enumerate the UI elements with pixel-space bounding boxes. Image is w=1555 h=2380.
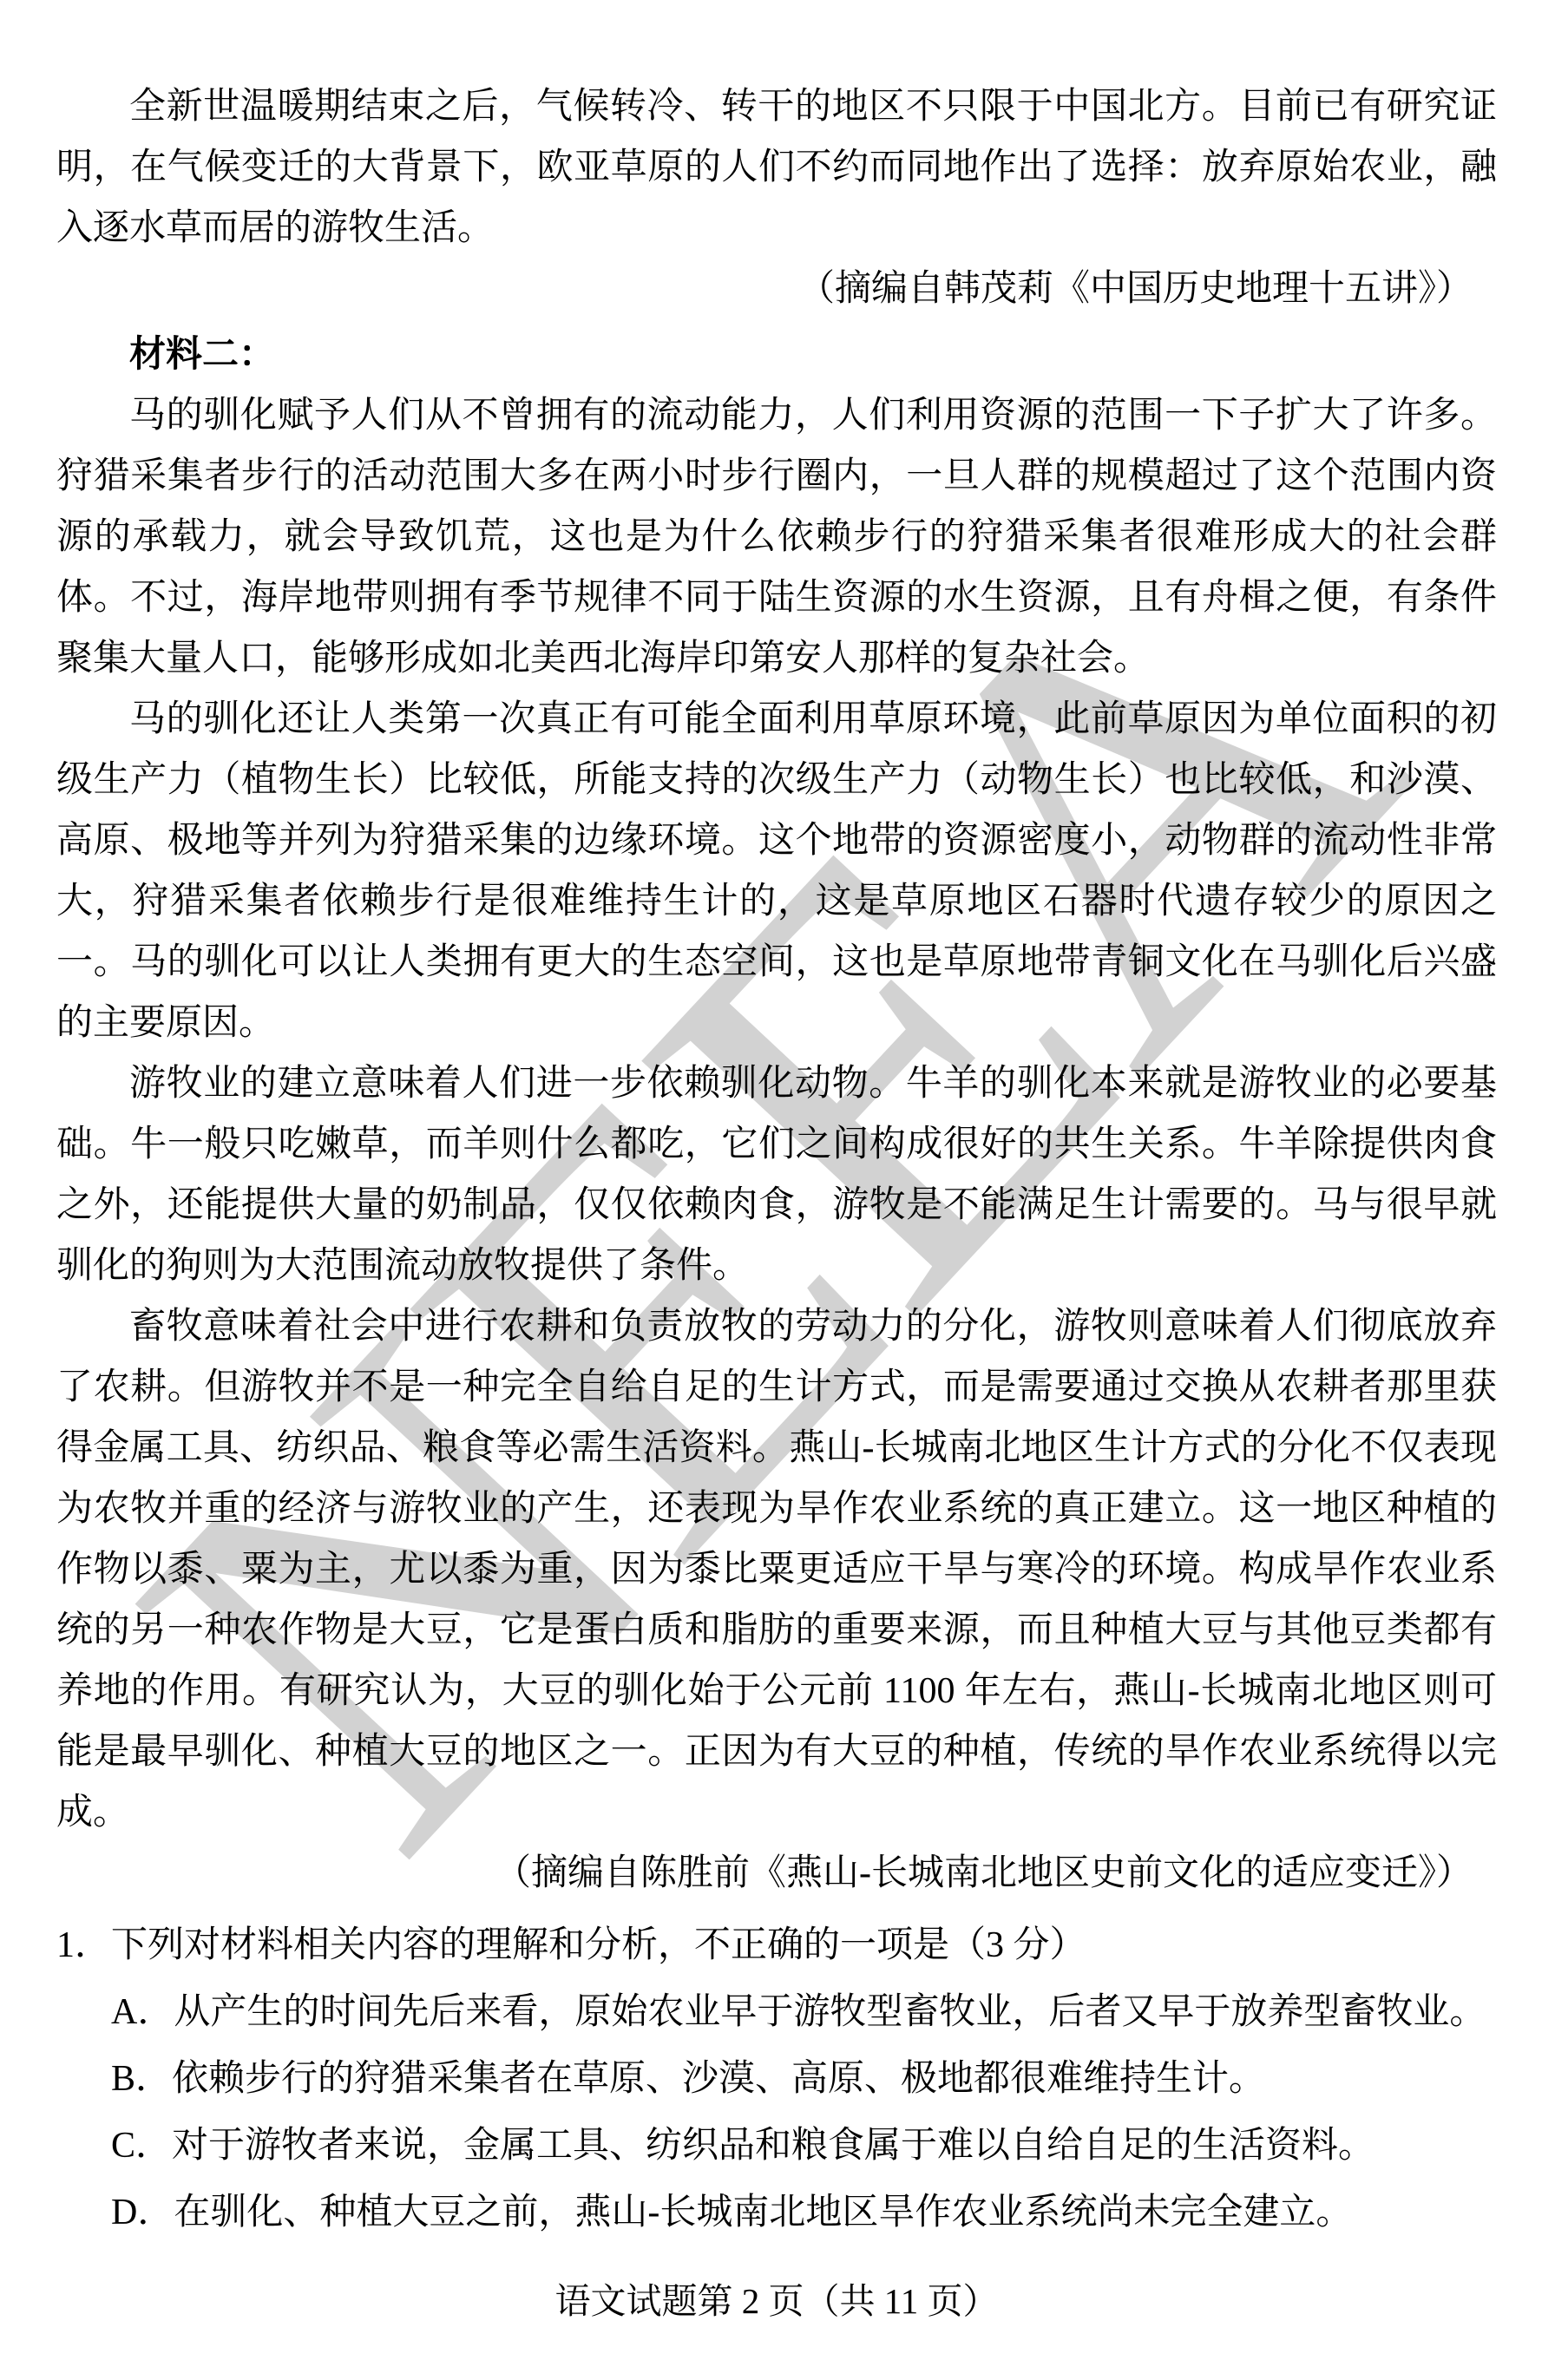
question-1-option-d: D．在驯化、种植大豆之前，燕山-长城南北地区旱作农业系统尚未完全建立。	[56, 2180, 1497, 2246]
option-b-text: 依赖步行的狩猎采集者在草原、沙漠、高原、极地都很难维持生计。	[172, 2059, 1265, 2099]
material2-paragraph-4: 畜牧意味着社会中进行农耕和负责放牧的劳动力的分化，游牧则意味着人们彻底放弃了农耕…	[56, 1296, 1497, 1843]
page-footer: 语文试题第 2 页（共 11 页）	[56, 2271, 1497, 2331]
question-1-stem-line: 1．下列对材料相关内容的理解和分析，不正确的一项是（3 分）	[56, 1912, 1497, 1979]
question-1-stem: 下列对材料相关内容的理解和分析，不正确的一项是（3 分）	[111, 1925, 1086, 1965]
option-b-label: B．	[111, 2059, 172, 2099]
material2-paragraph-2: 马的驯化还让人类第一次真正有可能全面利用草原环境，此前草原因为单位面积的初级生产…	[56, 689, 1497, 1053]
question-1-option-c: C．对于游牧者来说，金属工具、纺织品和粮食属于难以自给自足的生活资料。	[56, 2113, 1497, 2180]
material2-paragraph-3: 游牧业的建立意味着人们进一步依赖驯化动物。牛羊的驯化本来就是游牧业的必要基础。牛…	[56, 1053, 1497, 1296]
exam-paper-page: NEEA 全新世温暖期结束之后，气候转冷、转干的地区不只限于中国北方。目前已有研…	[0, 0, 1555, 2380]
material1-paragraph: 全新世温暖期结束之后，气候转冷、转干的地区不只限于中国北方。目前已有研究证明，在…	[56, 76, 1497, 259]
option-d-label: D．	[111, 2193, 174, 2232]
question-1-option-a: A．从产生的时间先后来看，原始农业早于游牧型畜牧业，后者又早于放养型畜牧业。	[56, 1979, 1497, 2046]
material2-attribution: （摘编自陈胜前《燕山-长城南北地区史前文化的适应变迁》）	[56, 1843, 1497, 1904]
question-1: 1．下列对材料相关内容的理解和分析，不正确的一项是（3 分） A．从产生的时间先…	[56, 1912, 1497, 2246]
option-d-text: 在驯化、种植大豆之前，燕山-长城南北地区旱作农业系统尚未完全建立。	[174, 2193, 1352, 2232]
question-1-number: 1．	[56, 1925, 111, 1965]
material2-heading: 材料二：	[56, 325, 1497, 385]
material2-paragraph-1: 马的驯化赋予人们从不曾拥有的流动能力，人们利用资源的范围一下子扩大了许多。狩猎采…	[56, 385, 1497, 689]
option-a-label: A．	[111, 1992, 174, 2032]
material1-attribution: （摘编自韩茂莉《中国历史地理十五讲》）	[56, 259, 1497, 319]
page-content: 全新世温暖期结束之后，气候转冷、转干的地区不只限于中国北方。目前已有研究证明，在…	[0, 0, 1555, 2331]
question-1-option-b: B．依赖步行的狩猎采集者在草原、沙漠、高原、极地都很难维持生计。	[56, 2046, 1497, 2113]
option-a-text: 从产生的时间先后来看，原始农业早于游牧型畜牧业，后者又早于放养型畜牧业。	[174, 1992, 1486, 2032]
option-c-text: 对于游牧者来说，金属工具、纺织品和粮食属于难以自给自足的生活资料。	[172, 2126, 1375, 2166]
option-c-label: C．	[111, 2126, 172, 2166]
